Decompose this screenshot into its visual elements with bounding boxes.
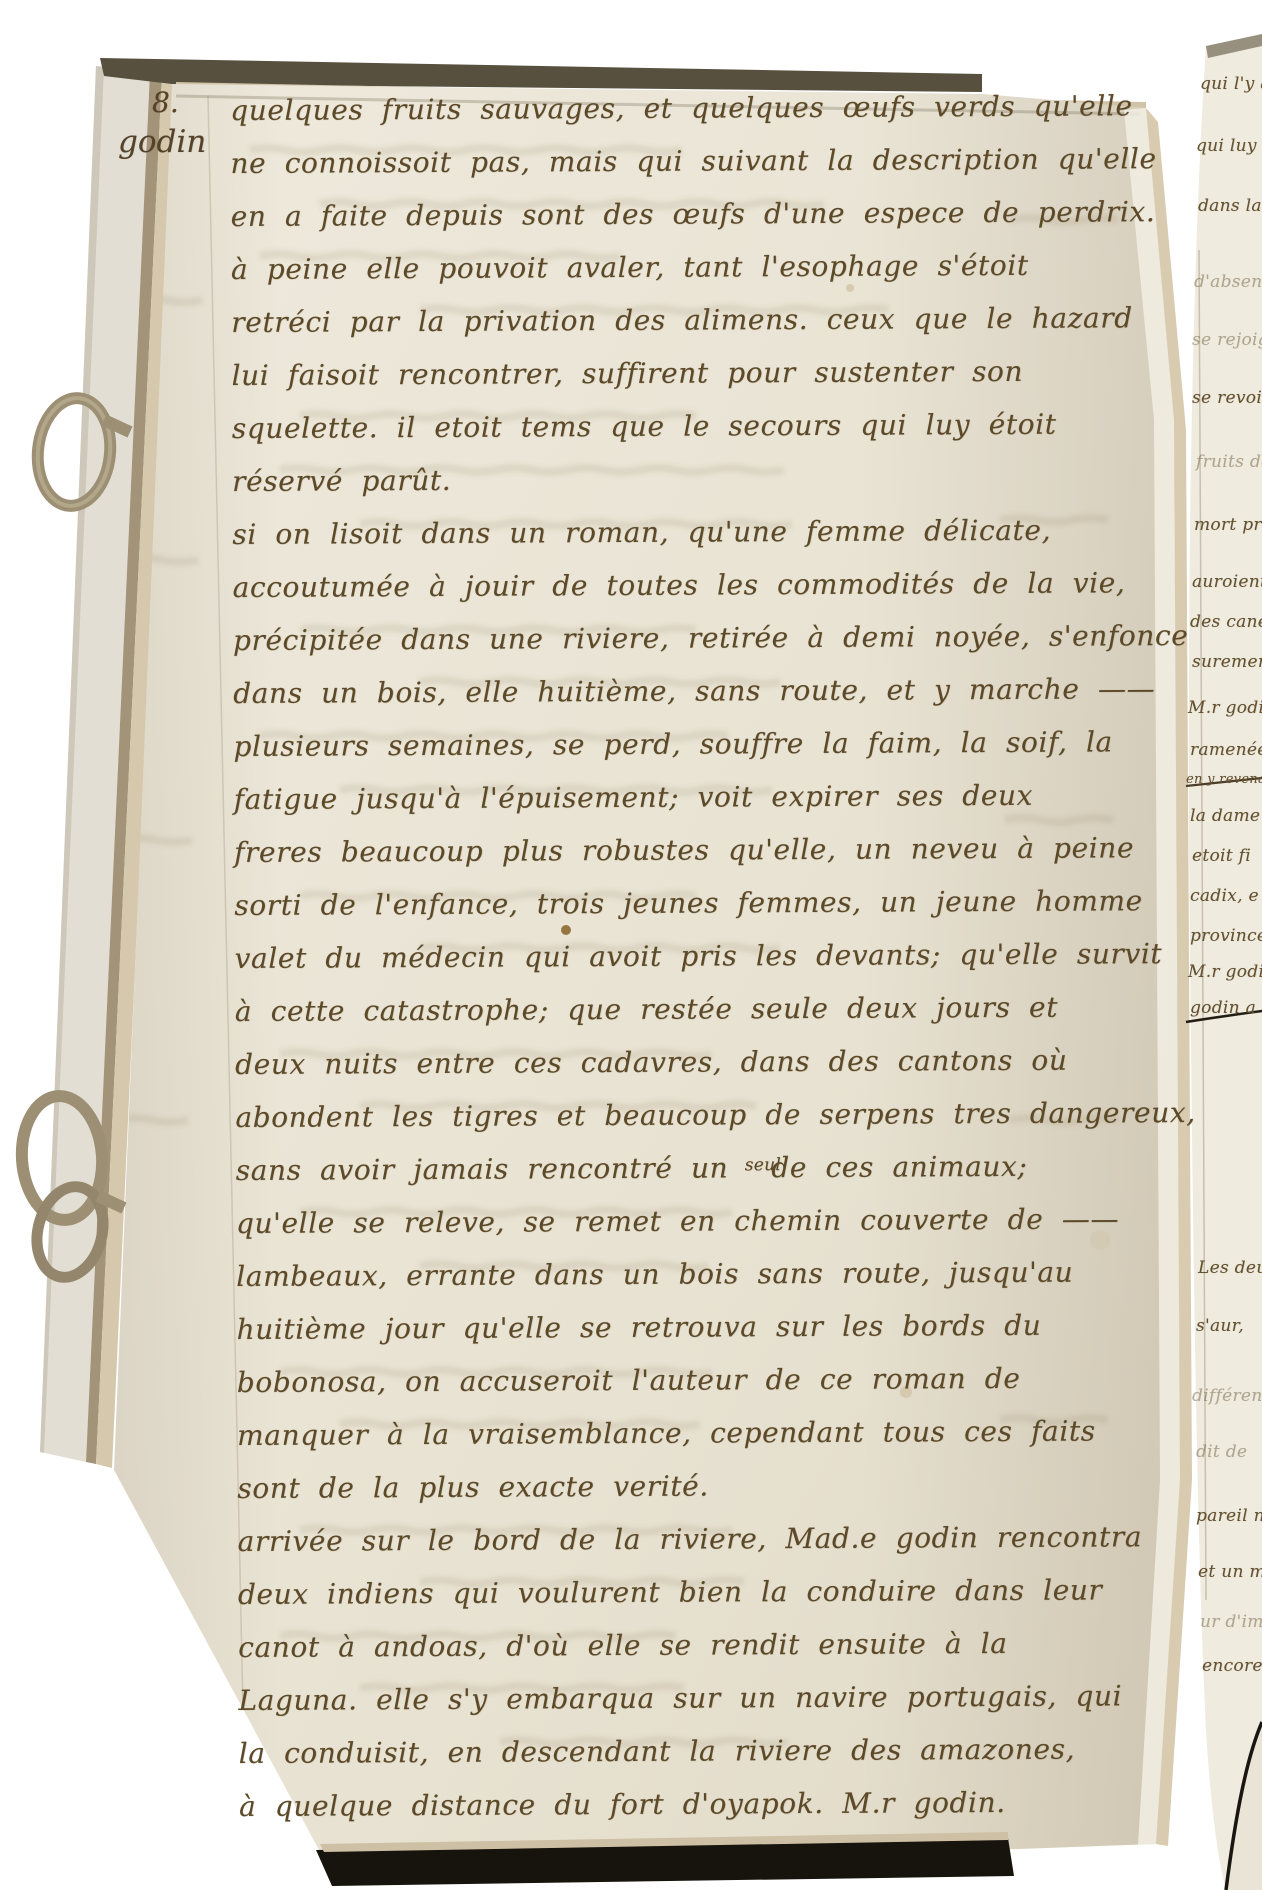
facing-page-fragment: ur d'im xyxy=(1200,1612,1262,1632)
facing-page-fragment: des canel xyxy=(1190,612,1262,632)
facing-page-fragment: province xyxy=(1190,926,1262,946)
manuscript-photo: 8. godin quelques fruits sauvages, et qu… xyxy=(0,0,1262,1890)
facing-page-fragment: la dame xyxy=(1190,806,1260,826)
facing-page-fragment: fruits de xyxy=(1196,452,1262,472)
facing-page-fragment: différence xyxy=(1192,1386,1262,1406)
facing-page-fragment: se rejoign xyxy=(1192,330,1262,350)
facing-page-fragment: M.r godi xyxy=(1188,962,1262,982)
facing-page-fragment: qui l'y a xyxy=(1200,74,1262,94)
facing-page-fragment: s'aur, xyxy=(1196,1316,1244,1336)
facing-page-fragment: surement xyxy=(1192,652,1262,672)
facing-page-fragment: etoit fi xyxy=(1192,846,1251,866)
facing-page-fragment: mort pre xyxy=(1194,515,1262,535)
facing-page-fragment: d'absence xyxy=(1194,272,1262,292)
facing-page-fragment: en y revenant xyxy=(1186,772,1262,787)
facing-page-fragment: qui luy xyxy=(1196,136,1257,156)
facing-page-fragment: Les deux xyxy=(1198,1258,1262,1278)
facing-page-fragment: se revoit xyxy=(1192,388,1262,408)
facing-page-fragments: qui l'y aqui luydans la ld'absencese rej… xyxy=(0,0,1262,1890)
facing-page-fragment: dit de xyxy=(1196,1442,1247,1462)
facing-page-fragment: godin a xyxy=(1190,998,1256,1018)
facing-page-fragment: et un m xyxy=(1198,1562,1262,1582)
facing-page-fragment: ramenée xyxy=(1190,740,1262,760)
facing-page-fragment: cadix, e xyxy=(1190,886,1259,906)
facing-page-fragment: pareil n xyxy=(1196,1506,1262,1526)
facing-page-fragment: auroient xyxy=(1192,572,1262,592)
facing-page-fragment: dans la l xyxy=(1198,196,1262,216)
facing-page-fragment: M.r godin xyxy=(1188,698,1262,718)
facing-page-fragment: encore son xyxy=(1202,1656,1262,1676)
